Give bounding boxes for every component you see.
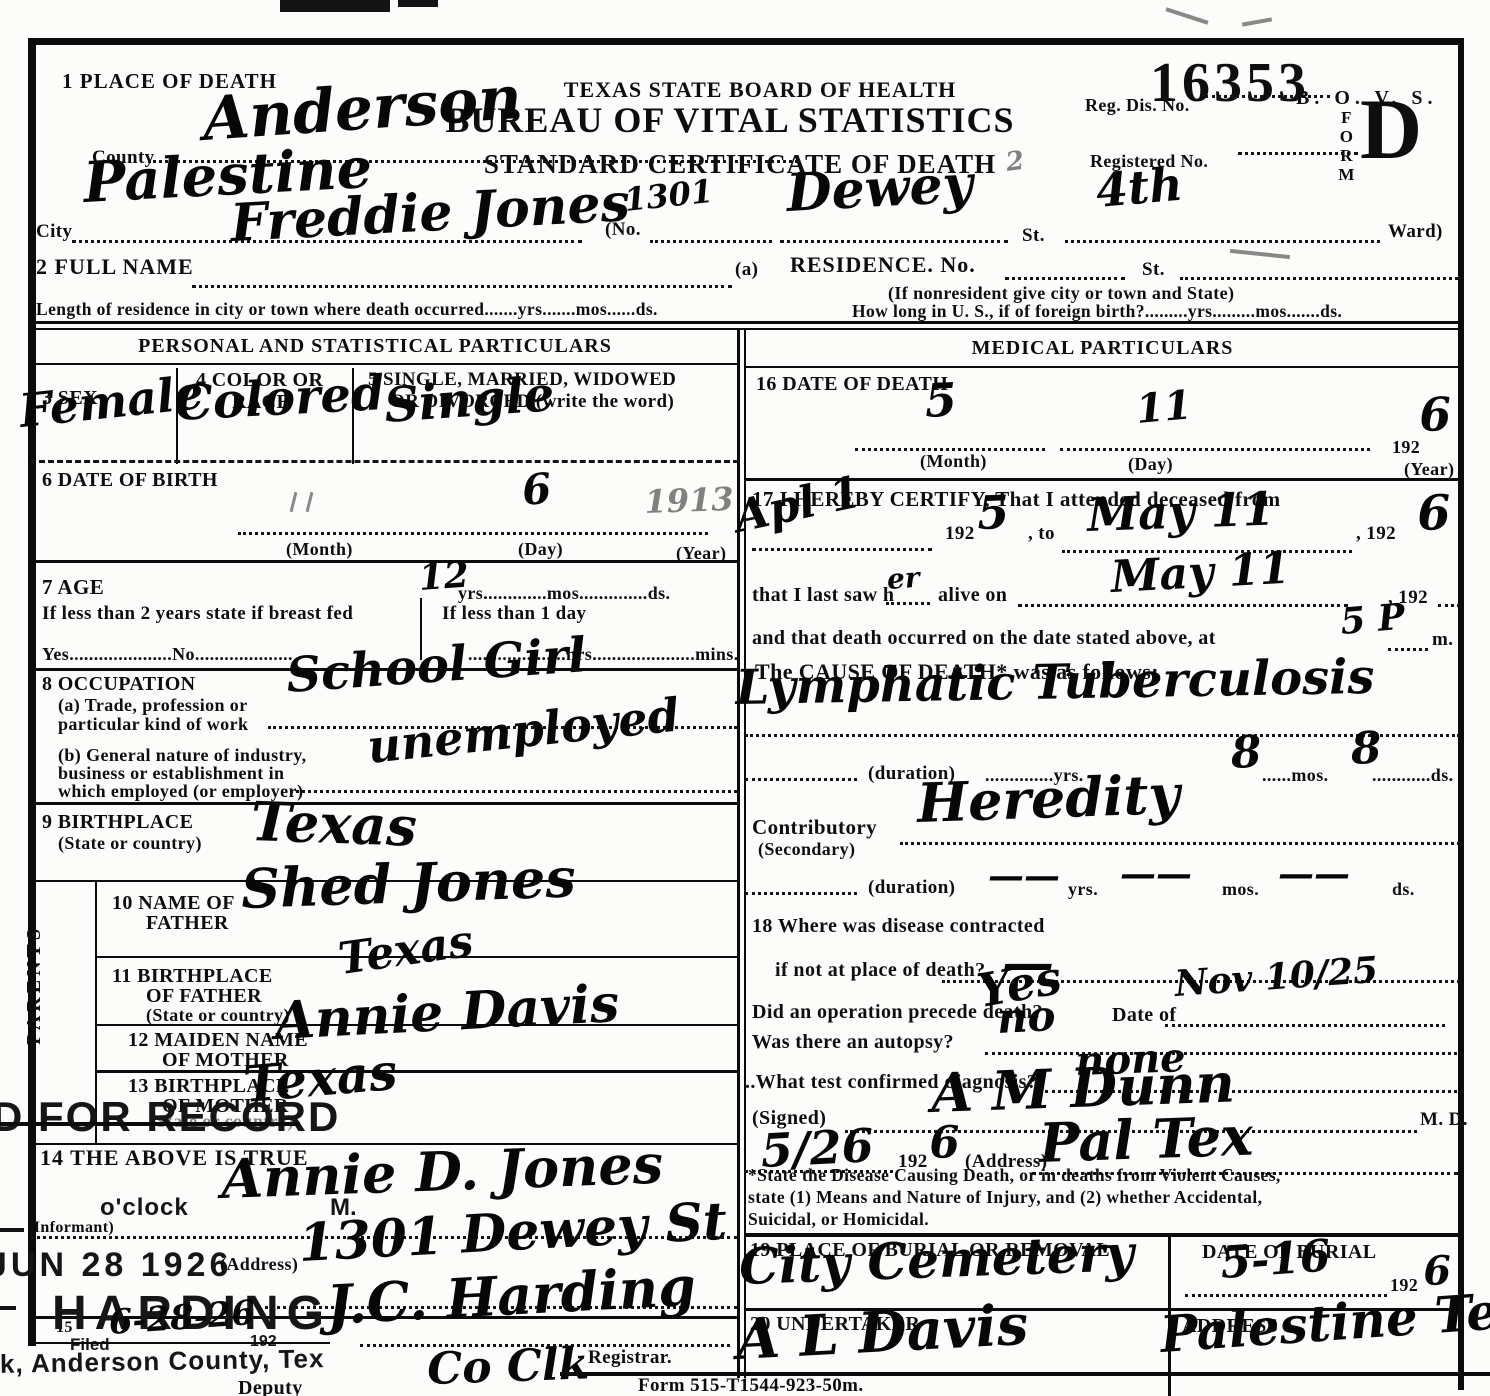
informant-label: (Informant) — [28, 1220, 114, 1237]
death-time-handwritten: 5 P — [1339, 599, 1407, 640]
color-handwritten: Colored — [173, 369, 385, 428]
sign-year-handwritten: 6 — [928, 1121, 960, 1166]
death-day-handwritten: 11 — [1135, 385, 1194, 430]
death-day-label: (Day) — [1128, 455, 1173, 474]
autopsy-label: Was there an autopsy? — [752, 1032, 954, 1053]
last-saw-pronoun-handwritten: er — [886, 564, 920, 594]
header-rule-2 — [30, 328, 1462, 330]
duration-mos-label: ......mos. — [1262, 766, 1329, 785]
form-number-label: Form 515-T1544-923-50m. — [638, 1376, 864, 1396]
duration2-yrs-dash: —— — [988, 858, 1060, 894]
ward-handwritten: 4th — [1094, 161, 1184, 214]
death-time-line — [1388, 648, 1428, 651]
a-label: (a) — [735, 260, 758, 280]
breast-fed-note: If less than 2 years state if breast fed — [42, 604, 353, 624]
operation-date-line — [1165, 1024, 1445, 1027]
occupation-a-label-2: particular kind of work — [58, 715, 248, 734]
length-of-residence-line: Length of residence in city or town wher… — [36, 300, 658, 318]
filed-for-record-stamp: D FOR RECORD — [0, 1096, 340, 1138]
duration2-lead-line — [745, 892, 857, 895]
registered-no-line — [1238, 152, 1358, 155]
not-at-place-label: if not at place of death? — [775, 960, 986, 981]
duration2-ds-dash: —— — [1278, 856, 1350, 892]
filed-date-handwritten: 6-28-26 — [108, 1296, 257, 1340]
alive-on-label: alive on — [938, 585, 1007, 606]
scan-artifact — [280, 0, 390, 12]
father-name-handwritten: Shed Jones — [240, 850, 576, 916]
street-handwritten: Dewey — [785, 158, 974, 220]
medical-section-header: MEDICAL PARTICULARS — [745, 338, 1460, 359]
physician-address-handwritten: Pal Tex — [1038, 1109, 1254, 1170]
frame-right-border — [1458, 38, 1464, 1390]
how-long-line: How long in U. S., if of foreign birth?.… — [852, 302, 1342, 320]
duration2-yrs-label: yrs. — [1068, 880, 1098, 899]
industry-handwritten: unemployed — [365, 692, 681, 770]
last-saw-line — [1018, 604, 1348, 607]
last-saw-label: that I last saw h — [752, 585, 894, 606]
ward-label: Ward) — [1388, 222, 1443, 242]
duration2-label: (duration) — [868, 878, 955, 898]
undertaker-handwritten: A L Davis — [735, 1297, 1030, 1368]
scan-artifact — [306, 492, 314, 512]
from-year-printed: 192 — [945, 524, 975, 544]
duration2-ds-label: ds. — [1392, 880, 1415, 899]
frame-left-border — [28, 38, 36, 1346]
birthplace-handwritten: Texas — [250, 794, 418, 854]
burial-date-handwritten: 5-16 — [1219, 1234, 1332, 1286]
informant-handwritten: Annie D. Jones — [220, 1137, 664, 1206]
informant-address-label: (Address) — [220, 1255, 298, 1274]
form-letter-d: D — [1360, 84, 1423, 174]
age-units: yrs.............mos..............ds. — [458, 584, 670, 603]
mother-name-handwritten: Annie Davis — [273, 978, 620, 1048]
scan-artifact — [1165, 7, 1208, 24]
last-saw-date-handwritten: May 11 — [1110, 547, 1291, 600]
stamp-strike-line — [0, 1122, 300, 1126]
death-year-printed: 192 — [1392, 438, 1420, 457]
deputy-label: Deputy — [238, 1378, 303, 1396]
fullname-label: 2 FULL NAME — [36, 255, 194, 278]
less-day-note: If less than 1 day — [442, 604, 586, 624]
co-clk-handwritten: Co Clk — [426, 1342, 589, 1392]
city-label: City — [36, 222, 72, 242]
rule — [745, 366, 1462, 368]
birthplace-state-note: (State or country) — [58, 834, 202, 853]
to-year-printed: , 192 — [1356, 524, 1396, 544]
death-year-label: (Year) — [1404, 460, 1454, 479]
m-label: m. — [1432, 630, 1453, 650]
disease-contracted-label: 18 Where was disease contracted — [752, 916, 1045, 937]
scan-artifact — [398, 0, 438, 7]
street-st-label: St. — [1022, 226, 1045, 246]
pronoun-line — [886, 602, 930, 605]
death-certificate-scan: 1 PLACE OF DEATH TEXAS STATE BOARD OF HE… — [0, 0, 1490, 1396]
father-name-label-1: 10 NAME OF — [112, 893, 235, 914]
bottom-rule-left — [30, 1342, 330, 1344]
personal-section-header: PERSONAL AND STATISTICAL PARTICULARS — [75, 336, 675, 357]
death-month-label: (Month) — [920, 452, 987, 471]
date-of-label: Date of — [1112, 1005, 1176, 1026]
duration-months-handwritten: 8 — [1230, 730, 1263, 776]
rule — [95, 1070, 739, 1073]
contributory-line — [900, 842, 1460, 845]
occupation-label: 8 OCCUPATION — [42, 674, 196, 695]
cause-of-death-handwritten: Lymphatic Tuberculosis — [735, 653, 1375, 712]
father-birthplace-label-3: (State or country) — [146, 1006, 290, 1025]
residence-label: RESIDENCE. No. — [790, 253, 976, 276]
house-no-handwritten: 1301 — [623, 175, 715, 216]
residence-no-line — [1005, 277, 1125, 280]
last-saw-year-line — [1438, 604, 1460, 607]
attended-from-line — [752, 548, 932, 551]
birthplace-label: 9 BIRTHPLACE — [42, 812, 193, 833]
duration-ds-label: ............ds. — [1372, 766, 1454, 785]
age-label: 7 AGE — [42, 576, 104, 598]
residence-st-line — [1180, 277, 1458, 280]
burial-place-handwritten: City Cemetery — [738, 1228, 1134, 1292]
form-word-vertical: FORM — [1337, 108, 1355, 184]
registrar-signature-handwritten: J.C. Harding — [325, 1259, 697, 1332]
attended-to-handwritten: May 11 — [1086, 485, 1275, 538]
occupation-a-label-1: (a) Trade, profession or — [58, 696, 248, 715]
header-rule-1 — [30, 321, 1462, 324]
board-title: TEXAS STATE BOARD OF HEALTH — [480, 78, 1040, 101]
rule — [30, 560, 739, 563]
scan-artifact — [1242, 17, 1272, 26]
registrar-label: Registrar. — [588, 1348, 672, 1368]
scan-artifact — [290, 492, 298, 512]
street-line — [780, 240, 1008, 243]
oclock-stamp: o'clock — [100, 1196, 189, 1220]
death-occurred-label: and that death occurred on the date stat… — [752, 628, 1216, 649]
duration2-mos-label: mos. — [1222, 880, 1259, 899]
scan-artifact — [1230, 249, 1290, 259]
dob-line — [238, 532, 708, 535]
rule — [30, 363, 739, 365]
reg-dis-label: Reg. Dis. No. — [1085, 96, 1190, 115]
county-clerk-stamp: k, Anderson County, Tex — [0, 1345, 325, 1377]
contributory-label: Contributory — [752, 816, 877, 838]
duration-lead-line — [745, 778, 857, 781]
secondary-label: (Secondary) — [758, 840, 855, 859]
footnote-line-2: state (1) Means and Nature of Injury, an… — [748, 1188, 1262, 1206]
fullname-line — [192, 285, 732, 288]
father-name-label-2: FATHER — [146, 913, 229, 934]
residence-st-label: St. — [1142, 260, 1165, 280]
yes-no-line: Yes.....................No..............… — [42, 645, 293, 664]
dob-label: 6 DATE OF BIRTH — [42, 470, 218, 491]
dob-day-label: (Day) — [518, 540, 563, 559]
rule — [30, 460, 739, 463]
from-year-handwritten: 5 — [976, 489, 1010, 536]
death-month-handwritten: 5 — [924, 376, 958, 424]
duration2-mos-dash: —— — [1120, 856, 1192, 892]
column-divider-2 — [744, 330, 746, 1378]
filed-date-stamp: JUN 28 1926 — [0, 1248, 232, 1282]
column-divider-1 — [737, 330, 740, 1378]
footnote-line-3: Suicidal, or Homicidal. — [748, 1210, 929, 1228]
scan-artifact — [0, 1228, 24, 1232]
ward-line — [1065, 240, 1380, 243]
house-no-line — [650, 240, 772, 243]
operation-date-handwritten: Nov 10/25 — [1173, 952, 1379, 1002]
dob-year-handwritten: 1913 — [644, 483, 734, 518]
dob-month-label: (Month) — [286, 540, 353, 559]
to-year-handwritten: 6 — [1416, 489, 1451, 538]
contributory-handwritten: Heredity — [916, 767, 1181, 830]
father-birthplace-handwritten: Texas — [336, 920, 476, 982]
marital-handwritten: Single — [383, 370, 556, 430]
registered-mark: 2 — [1004, 148, 1026, 176]
death-year-handwritten: 6 — [1418, 391, 1452, 438]
frame-top-border — [30, 38, 1464, 45]
dob-day-handwritten: 6 — [520, 468, 553, 512]
parents-vertical-label: PARENTS — [24, 925, 45, 1045]
scan-artifact — [0, 1306, 16, 1310]
father-birthplace-label-1: 11 BIRTHPLACE — [112, 966, 273, 987]
father-birthplace-label-2: OF FATHER — [146, 986, 262, 1007]
md-label: M. D. — [1420, 1110, 1468, 1130]
death-day-line — [1060, 448, 1370, 451]
to-label: , to — [1028, 524, 1055, 544]
occupation-handwritten: School Girl — [285, 631, 588, 700]
footnote-line-1: *State the Disease Causing Death, or in … — [748, 1166, 1281, 1184]
date-of-death-label: 16 DATE OF DEATH — [756, 374, 948, 395]
autopsy-handwritten: no — [996, 995, 1057, 1040]
